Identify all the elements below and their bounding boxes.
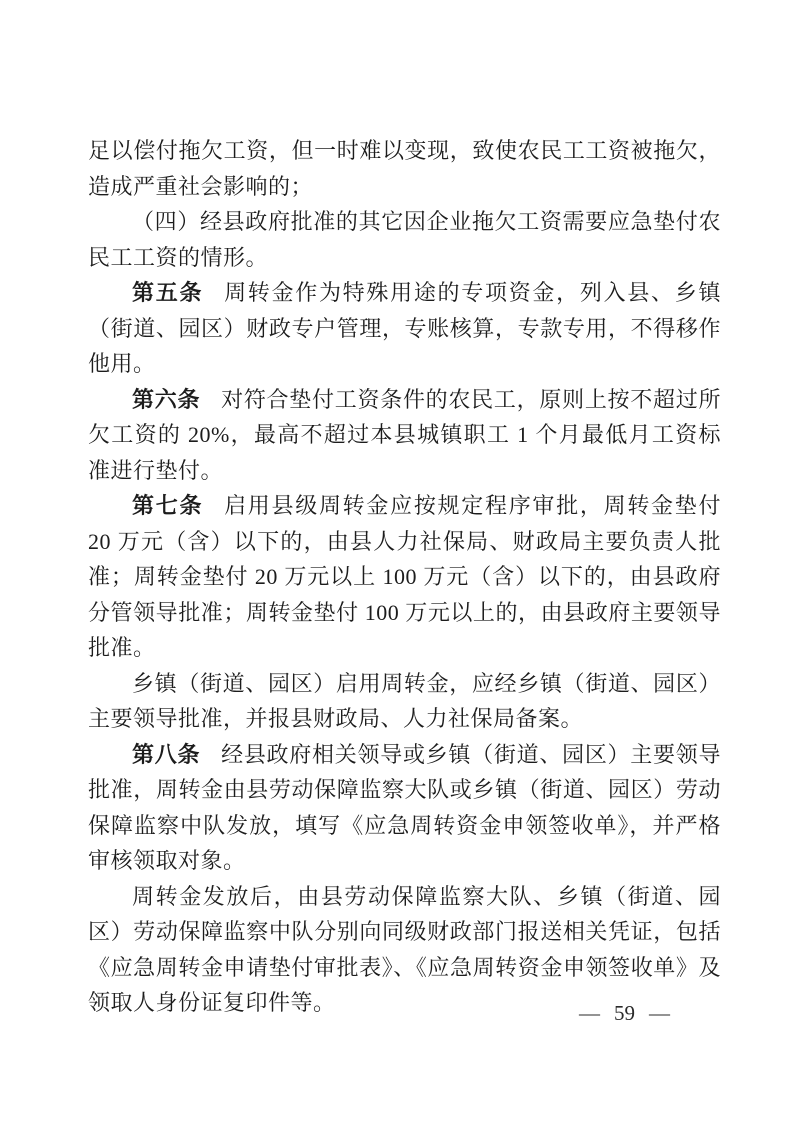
page-footer: — 59 — xyxy=(0,1001,794,1025)
article-number: 第六条 xyxy=(132,387,200,412)
paragraph: 第五条周转金作为特殊用途的专项资金，列入县、乡镇（街道、园区）财政专户管理，专账… xyxy=(88,275,721,382)
document-page: 足以偿付拖欠工资，但一时难以变现，致使农民工工资被拖欠，造成严重社会影响的； （… xyxy=(0,0,794,1123)
article-number: 第七条 xyxy=(132,493,203,518)
page-number: 59 xyxy=(614,1001,635,1025)
paragraph-text: 足以偿付拖欠工资，但一时难以变现，致使农民工工资被拖欠，造成严重社会影响的； xyxy=(88,138,721,199)
paragraph-text: 周转金发放后，由县劳动保障监察大队、乡镇（街道、园区）劳动保障监察中队分别向同级… xyxy=(88,884,721,1016)
paragraph: 第六条对符合垫付工资条件的农民工，原则上按不超过所欠工资的 20%，最高不超过本… xyxy=(88,382,721,489)
paragraph: 足以偿付拖欠工资，但一时难以变现，致使农民工工资被拖欠，造成严重社会影响的； xyxy=(88,133,721,204)
article-number: 第五条 xyxy=(132,280,203,305)
footer-dash-left: — xyxy=(579,1001,600,1025)
paragraph: 乡镇（街道、园区）启用周转金，应经乡镇（街道、园区）主要领导批准，并报县财政局、… xyxy=(88,666,721,737)
document-body: 足以偿付拖欠工资，但一时难以变现，致使农民工工资被拖欠，造成严重社会影响的； （… xyxy=(88,133,721,1021)
article-number: 第八条 xyxy=(132,742,200,767)
paragraph: （四）经县政府批准的其它因企业拖欠工资需要应急垫付农民工工资的情形。 xyxy=(88,204,721,275)
paragraph-text: 启用县级周转金应按规定程序审批，周转金垫付 20 万元（含）以下的，由县人力社保… xyxy=(88,493,721,660)
paragraph: 第八条经县政府相关领导或乡镇（街道、园区）主要领导批准，周转金由县劳动保障监察大… xyxy=(88,737,721,879)
paragraph: 第七条启用县级周转金应按规定程序审批，周转金垫付 20 万元（含）以下的，由县人… xyxy=(88,488,721,666)
paragraph-text: （四）经县政府批准的其它因企业拖欠工资需要应急垫付农民工工资的情形。 xyxy=(88,209,721,270)
paragraph: 周转金发放后，由县劳动保障监察大队、乡镇（街道、园区）劳动保障监察中队分别向同级… xyxy=(88,879,721,1021)
footer-dash-right: — xyxy=(649,1001,670,1025)
paragraph-text: 乡镇（街道、园区）启用周转金，应经乡镇（街道、园区）主要领导批准，并报县财政局、… xyxy=(88,671,721,732)
